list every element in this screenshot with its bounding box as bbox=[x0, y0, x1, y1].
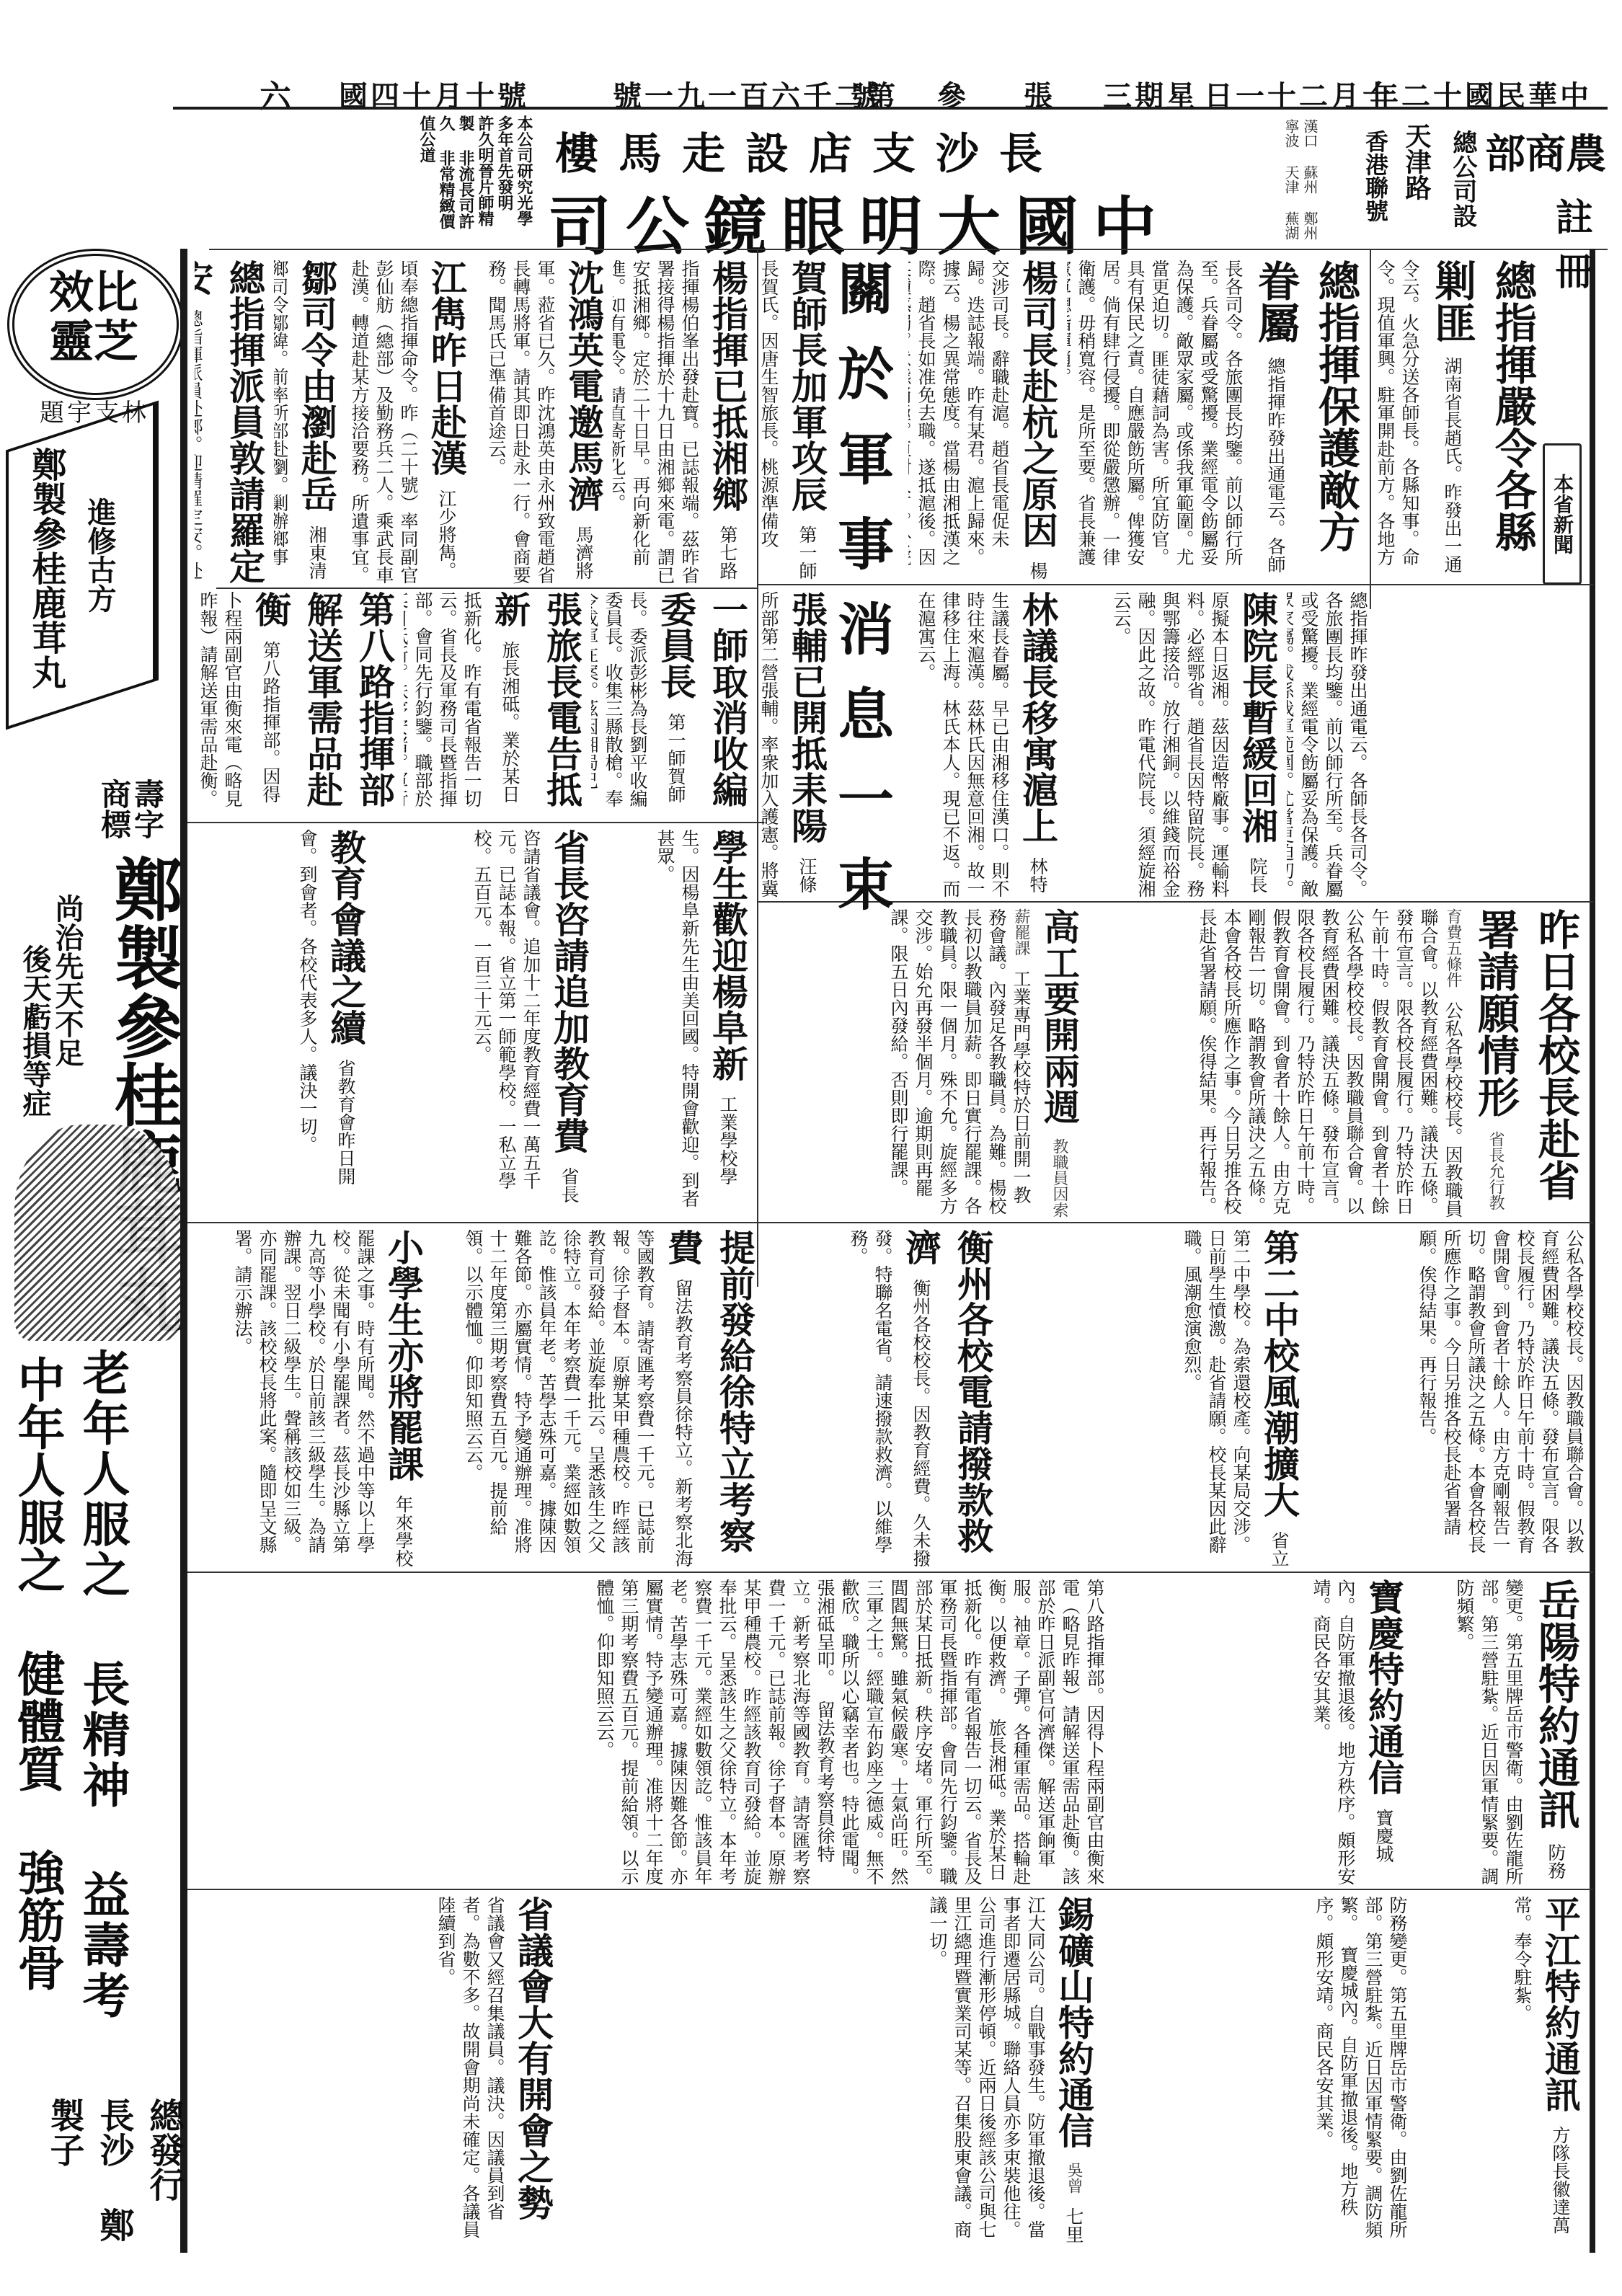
article-body: 工業專門學校特於日前開一教務會議。內發足各教職員。為難。楊校長初以教職員加薪。即… bbox=[888, 908, 1032, 1215]
article-he-division: 賀師長加軍攻辰 第一師長賀氏。因唐生智旅長。桃源準備攻辰。故特加派該師所屬第七團… bbox=[761, 260, 833, 580]
article-education-funds: 省長咨請追加教育費 省長咨請省議會。追加十二年度教育經費一萬五千元。已誌本報。省… bbox=[375, 829, 595, 1218]
trademark-label: 壽字商標 bbox=[97, 779, 164, 865]
article-body: 省議會又經召集議員。議決。因議員到省者。為數不多。故開會期尚未確定。各議員陸續到… bbox=[435, 1896, 505, 2238]
article-headline: 楊指揮已抵湘鄉 bbox=[706, 260, 749, 512]
article-headline: 張輔已開抵耒陽 bbox=[786, 591, 828, 843]
elder-pill-distributor: 總發行 長沙 鄭製子 bbox=[40, 2098, 189, 2271]
ministry-title: 農商部 bbox=[1485, 123, 1606, 180]
article-headline: 省議會大有開會之勢 bbox=[512, 1896, 554, 2220]
elder-pill-slogan: 老年人服之 長精神 益壽考 bbox=[68, 1348, 137, 2112]
article-continued: 總指揮昨發出通電云。各師長各司令。各旅團長均鑒。前以師行所至。兵眷屬或受驚擾。業… bbox=[1287, 591, 1370, 897]
article-zhang-brigade: 張旅長電告抵新 旅長湘砥。業於某日抵新化。昨有電省報告一切云。省長及軍務司長暨指… bbox=[404, 591, 588, 818]
article-headline: 錫礦山特約通信 bbox=[1052, 1896, 1095, 2148]
ministry-address: 天津路 bbox=[1399, 123, 1435, 200]
article-headline: 省長咨請追加教育費 bbox=[548, 829, 590, 1153]
article-provincial-assembly: 省議會大有開會之勢 省議會又經召集議員。議決。因議員到省者。為數不多。故開會期尚… bbox=[195, 1896, 559, 2249]
article-headline: 教育會議之續 bbox=[324, 829, 367, 1045]
article-bottom-misc: 防務變更。第五里牌岳市警衛。由劉佐龍所部。第三營駐紮。近日因軍情緊要。調防頻繁。… bbox=[1103, 1896, 1409, 2249]
article-body: 衡州各校校長。因教育經費。久未撥發。特聯名電省。請速撥款救濟。以維學務。 bbox=[848, 1229, 931, 1567]
article-jiang-hankou: 江雋昨日赴漢 江少將雋。頃奉總指揮命令。昨（二十號）率同副官彭仙舫（總部）及勤務… bbox=[346, 260, 472, 584]
article-xu-teli: 提前發給徐特立考察費 留法教育考察員徐特立。新考察北海等國教育。請寄匯考察費一千… bbox=[433, 1229, 761, 1568]
article-school-petition-end: 公私各學校校長。因教職員聯合會。以教育經費困難。議決五條。發布宣言。限各校長履行… bbox=[1308, 1229, 1586, 1568]
ad-band-rule bbox=[209, 249, 1608, 250]
ministry-company: 總公司設 bbox=[1445, 130, 1481, 228]
article-headline: 賀師長加軍攻辰 bbox=[786, 260, 828, 512]
masthead-rule bbox=[173, 107, 1608, 110]
commerce-ministry-ad: 農商部 註冊 總公司設 天津路 香港聯號 bbox=[1319, 115, 1615, 245]
article-headline: 小學生亦將罷課 bbox=[382, 1229, 425, 1481]
article-school-petition-cont: 公私各學校校長。因教職員聯合會。以教育經費困難。議決五條。發布宣言。限各校長履行… bbox=[1089, 908, 1366, 1218]
col-rule-2 bbox=[1370, 249, 1371, 609]
section-headline: 關於軍事消息一束 bbox=[836, 260, 894, 940]
row-rule-2 bbox=[187, 822, 764, 823]
page-number: 六 bbox=[260, 71, 294, 117]
row-rule-1 bbox=[216, 588, 757, 589]
article-baoqing: 寶慶特約通信 寶慶城內。自防軍撤退後。地方秩序。頗形安靖。商民各安其業。 bbox=[1110, 1579, 1409, 1885]
pill-box-slogan: 進修古方 bbox=[79, 497, 120, 613]
right-border bbox=[1590, 249, 1595, 2253]
article-second-school: 第二中校風潮擴大 省立第二中學校。為索還校產。向某局交涉。日前學生憤激。赴省請願… bbox=[1002, 1229, 1305, 1568]
article-headline: 楊司長赴杭之原因 bbox=[1016, 260, 1059, 548]
article-first-division-cancel: 一師取消收編委員長 第一師賀師長。委派彭彬為長劉平收編委員長。收集三縣散槍。奉令… bbox=[591, 591, 753, 818]
article-headline: 沈鴻英電邀馬濟 bbox=[562, 260, 605, 512]
article-yueyang: 岳陽特約通訊 防務變更。第五里牌岳市警衛。由劉佐龍所部。第三營駐紮。近日因軍情緊… bbox=[1413, 1579, 1586, 1885]
article-shen-ma: 沈鴻英電邀馬濟 馬濟將軍。蒞省已久。昨沈鴻英由永州致電趙省長轉馬將軍。請其即日赴… bbox=[476, 260, 609, 584]
ministry-branch: 香港聯號 bbox=[1359, 130, 1392, 222]
article-chen-president: 陳院長暫緩回湘 院長原擬本日返湘。茲因造幣廠事。運輸料料。必經鄂省。趙省長因特留… bbox=[1067, 591, 1283, 897]
article-yang-director: 楊司長赴杭之原因 楊交涉司長。辭職赴滬。趙省長電促未歸。迭誌報端。昨有某君。滬上… bbox=[908, 260, 1063, 580]
row-rule-6 bbox=[187, 1572, 1593, 1573]
article-headline: 第二中校風潮擴大 bbox=[1258, 1229, 1300, 1517]
article-zou-commander: 鄒司令由瀏赴岳 湘東清鄉司令鄒緯。前率所部赴瀏。剿辦鄉事宜。有所規畫。茲因事竣。… bbox=[274, 260, 342, 584]
article-yang-xiangxiang: 楊指揮已抵湘鄉 第七路指揮楊伯峯出發赴寶。已誌報端。茲昨省署接得楊指揮於十九日由… bbox=[613, 260, 753, 584]
article-body: 留法教育考察員徐特立。新考察北海等國教育。請寄匯考察費一千元。已誌前報。徐子督本… bbox=[463, 1229, 693, 1567]
article-byline: 吳曾 bbox=[1065, 2162, 1083, 2194]
col-rule-1 bbox=[757, 249, 758, 1287]
article-headline: 江雋昨日赴漢 bbox=[425, 260, 468, 476]
old-man-illustration bbox=[14, 1125, 180, 1341]
article-hengzhou-schools: 衡州各校電請撥款救濟 衡州各校校長。因教育經費。久未撥發。特聯名電省。請速撥款救… bbox=[764, 1229, 998, 1568]
pill-box-product: 鄭製參桂鹿茸丸 bbox=[22, 447, 71, 706]
article-headline: 寶慶特約通信 bbox=[1362, 1579, 1405, 1795]
article-pingjiang: 平江特約通訊 方隊長徽達萬常。奉令駐紮。 bbox=[1413, 1896, 1586, 2249]
article-body: 總指揮派員赴鄉。迎請羅定安。赴永州任零陵鎮使。並收編劉軒部。因鄉人云。羅已 bbox=[195, 260, 203, 584]
article-headline: 林議長移寓滬上 bbox=[1016, 591, 1059, 843]
optical-ad-branches: 漢口 蘇州 鄭州 寧波 天津 蕪湖 bbox=[1204, 119, 1319, 241]
article-headline: 總指揮派員敦請羅定安 bbox=[195, 260, 266, 584]
article-headline: 高工要開兩週 bbox=[1038, 908, 1081, 1125]
optical-company-ad: 長沙支店設走馬樓 中國大明眼鏡公司 bbox=[533, 115, 1319, 245]
optical-ad-notice: 本公司研究光學多年首先發明 許久明晉片師精製 非流長司許久 非常精緻價值公道 bbox=[216, 115, 533, 241]
article-protect-families: 總指揮保護敵方眷屬 總指揮昨發出通電云。各師長各司令。各旅團長均鑒。前以師行所至… bbox=[1067, 260, 1366, 580]
left-ad-divider bbox=[180, 249, 187, 2253]
article-luo-dingan: 總指揮派員敦請羅定安 總指揮派員赴鄉。迎請羅定安。赴永州任零陵鎮使。並收編劉軒部… bbox=[195, 260, 270, 584]
article-zhang-fu: 張輔已開抵耒陽 汪條所部第二營張輔。率衆加入護憲。將冀升為三十九團團長。已誌報端… bbox=[761, 591, 833, 897]
article-headline: 陳院長暫緩回湘 bbox=[1236, 591, 1279, 843]
article-xikuangshan: 錫礦山特約通信 吳曾 七里江大同公司。自戰事發生。防軍撤退後。當事者即遷居縣城。… bbox=[562, 1896, 1099, 2249]
row-rule-7 bbox=[187, 1889, 1593, 1890]
article-headline: 學生歡迎楊阜新 bbox=[706, 829, 749, 1081]
article-bandit-suppression: 總指揮嚴令各縣剿匪 湖南省長趙氏。昨發出一通令云。火急分送各師長。各縣知事。命令… bbox=[1377, 260, 1543, 580]
lingzhi-ad-title: 效比靈芝 bbox=[40, 268, 148, 366]
article-misc-1: 第八路指揮部。因得卜程兩副官由衡來電（略見昨報）請解送軍需品赴衡。該部於昨日派副… bbox=[195, 1579, 1107, 1885]
article-headline: 鄒司令由瀏赴岳 bbox=[296, 260, 338, 512]
optical-ad-line1: 長沙支店設走馬樓 bbox=[555, 120, 1063, 182]
article-education-meeting: 教育會議之續 省教育會昨日開會。到會者。各校代表多人。議決一切。 bbox=[195, 829, 371, 1218]
article-primary-strike: 小學生亦將罷課 年來學校罷課之事。時有所聞。然不過中等以上學校。從未聞有小學罷課… bbox=[195, 1229, 429, 1568]
optical-ad-line2: 中國大明眼鏡公司 bbox=[548, 177, 1171, 267]
article-school-petition: 昨日各校長赴省署請願情形 省長允行教育費五條件 公私各學校校長。因教職員聯合會。… bbox=[1370, 908, 1586, 1218]
row-rule-4 bbox=[187, 1222, 1593, 1223]
article-eighth-route: 第八路指揮部解送軍需品赴衡 第八路指揮部。因得卜程兩副官由衡來電（略見昨報）請解… bbox=[195, 591, 400, 818]
local-news-tag: 本省新聞 bbox=[1543, 443, 1582, 585]
article-student-welcome: 學生歡迎楊阜新 工業學校學生。因楊阜新先生由美回國。特開會歡迎。到者甚眾。 bbox=[598, 829, 753, 1218]
indication-line-2: 後天虧損等症 bbox=[14, 944, 56, 1117]
article-headline: 岳陽特約通訊 bbox=[1531, 1579, 1580, 1830]
article-headline: 平江特約通訊 bbox=[1539, 1896, 1582, 2112]
article-lin-speaker: 林議長移寓滬上 林特生議長眷屬。早已由湘移住漢口。則不時往來滬漢。茲林氏因無意回… bbox=[901, 591, 1063, 897]
article-higher-tech: 高工要開兩週 教職員因索薪罷課 工業專門學校特於日前開一教務會議。內發足各教職員… bbox=[764, 908, 1085, 1218]
